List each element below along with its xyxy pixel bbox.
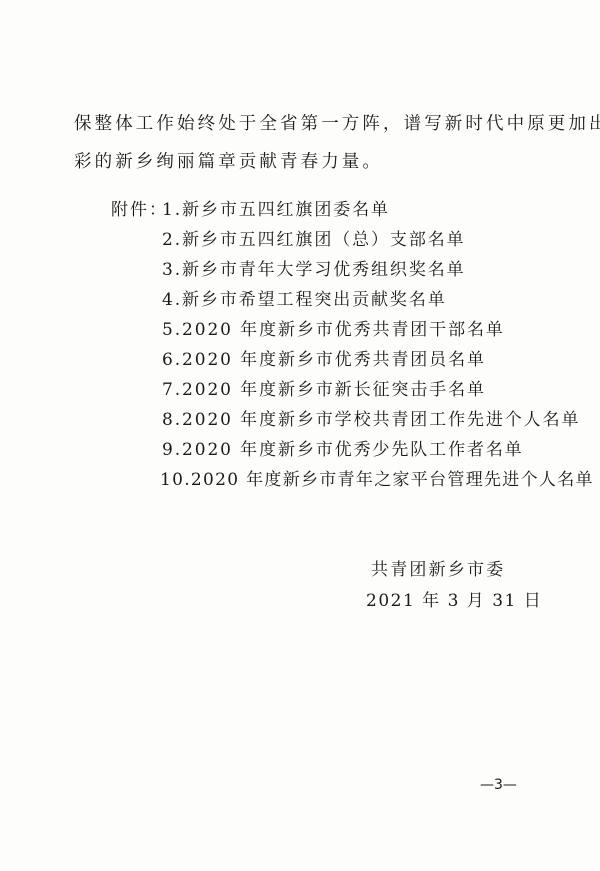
attachment-item: 2.新乡市五四红旗团（总）支部名单	[162, 232, 466, 249]
page-number: —3—	[480, 778, 517, 792]
attachment-item: 3.新乡市青年大学习优秀组织奖名单	[162, 262, 466, 279]
signature-organization: 共青团新乡市委	[371, 562, 505, 579]
attachment-item: 7.2020 年度新乡市新长征突击手名单	[162, 382, 486, 399]
body-text-line: 保整体工作始终处于全省第一方阵，谱写新时代中原更加出	[74, 116, 600, 134]
attachment-item: 9.2020 年度新乡市优秀少先队工作者名单	[162, 442, 524, 459]
document-page: 保整体工作始终处于全省第一方阵，谱写新时代中原更加出 彩的新乡绚丽篇章贡献青春力…	[0, 0, 600, 871]
signature-date: 2021 年 3 月 31 日	[366, 593, 542, 610]
attachments-label: 附件：	[111, 202, 168, 219]
attachment-item: 10.2020 年度新乡市青年之家平台管理先进个人名单	[160, 472, 594, 489]
attachment-item: 6.2020 年度新乡市优秀共青团员名单	[162, 352, 486, 369]
attachment-item: 5.2020 年度新乡市优秀共青团干部名单	[162, 322, 505, 339]
body-text-line: 彩的新乡绚丽篇章贡献青春力量。	[74, 154, 383, 172]
attachment-item: 4.新乡市希望工程突出贡献奖名单	[162, 292, 447, 309]
attachment-item: 1.新乡市五四红旗团委名单	[162, 202, 390, 219]
attachment-item: 8.2020 年度新乡市学校共青团工作先进个人名单	[162, 412, 580, 429]
